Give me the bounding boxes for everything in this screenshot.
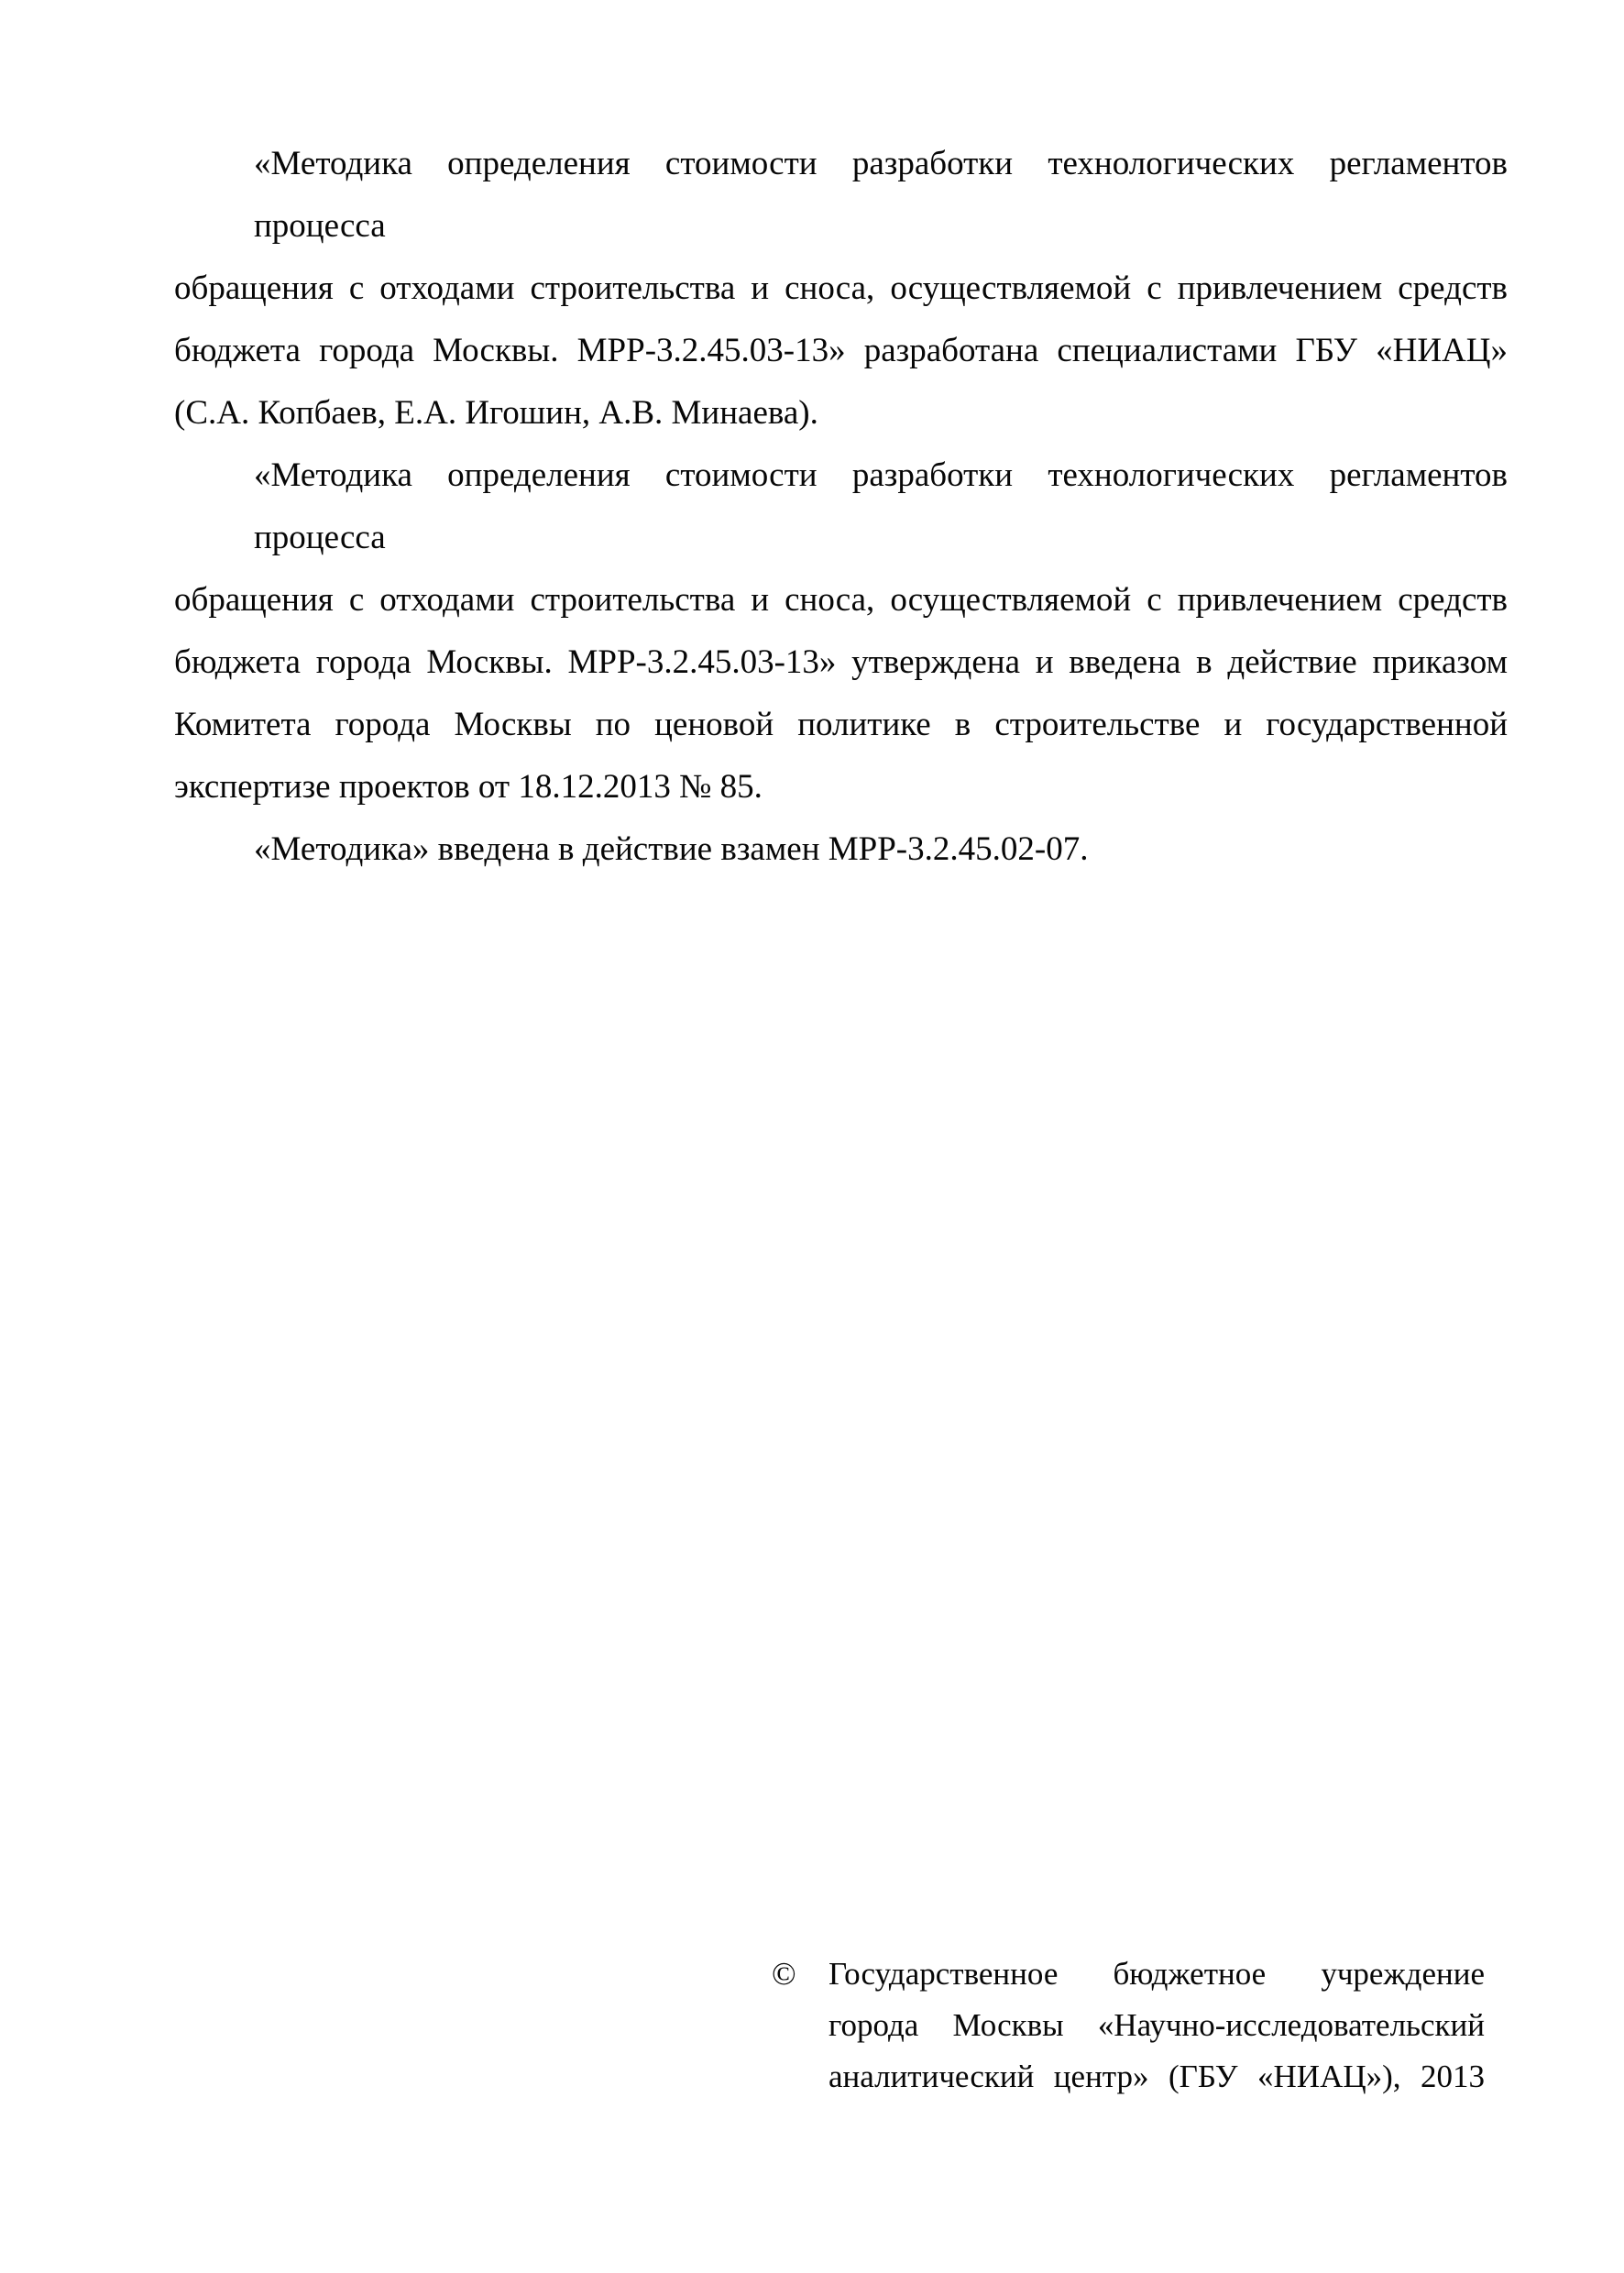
document-page: { "doc": { "page_background": "#ffffff",…: [0, 0, 1624, 2273]
copyright-line: города Москвы «Научно-исследовательский: [828, 2000, 1485, 2051]
text-line: бюджета города Москвы. МРР-3.2.45.03-13»…: [174, 631, 1508, 694]
text-line: обращения с отходами строительства и сно…: [174, 569, 1508, 631]
text-line: «Методика» введена в действие взамен МРР…: [174, 818, 1508, 881]
paragraph-3: «Методика» введена в действие взамен МРР…: [174, 818, 1508, 881]
document-body: «Методика определения стоимости разработ…: [174, 133, 1508, 881]
text-line: обращения с отходами строительства и сно…: [174, 258, 1508, 320]
paragraph-2: «Методика определения стоимости разработ…: [174, 445, 1508, 818]
copyright-text: Государственное бюджетное учреждение гор…: [828, 1949, 1485, 2103]
copyright-icon: ©: [772, 1949, 828, 2000]
copyright-line: Государственное бюджетное учреждение: [828, 1949, 1485, 2000]
text-line: бюджета города Москвы. МРР-3.2.45.03-13»…: [174, 320, 1508, 382]
text-line: (С.А. Копбаев, Е.А. Игошин, А.В. Минаева…: [174, 382, 1508, 445]
text-line: «Методика определения стоимости разработ…: [174, 445, 1508, 569]
text-line: Комитета города Москвы по ценовой полити…: [174, 694, 1508, 756]
copyright-block: © Государственное бюджетное учреждение г…: [772, 1949, 1485, 2103]
copyright-line: аналитический центр» (ГБУ «НИАЦ»), 2013: [828, 2051, 1485, 2103]
paragraph-1: «Методика определения стоимости разработ…: [174, 133, 1508, 445]
text-line: «Методика определения стоимости разработ…: [174, 133, 1508, 258]
text-line: экспертизе проектов от 18.12.2013 № 85.: [174, 756, 1508, 818]
